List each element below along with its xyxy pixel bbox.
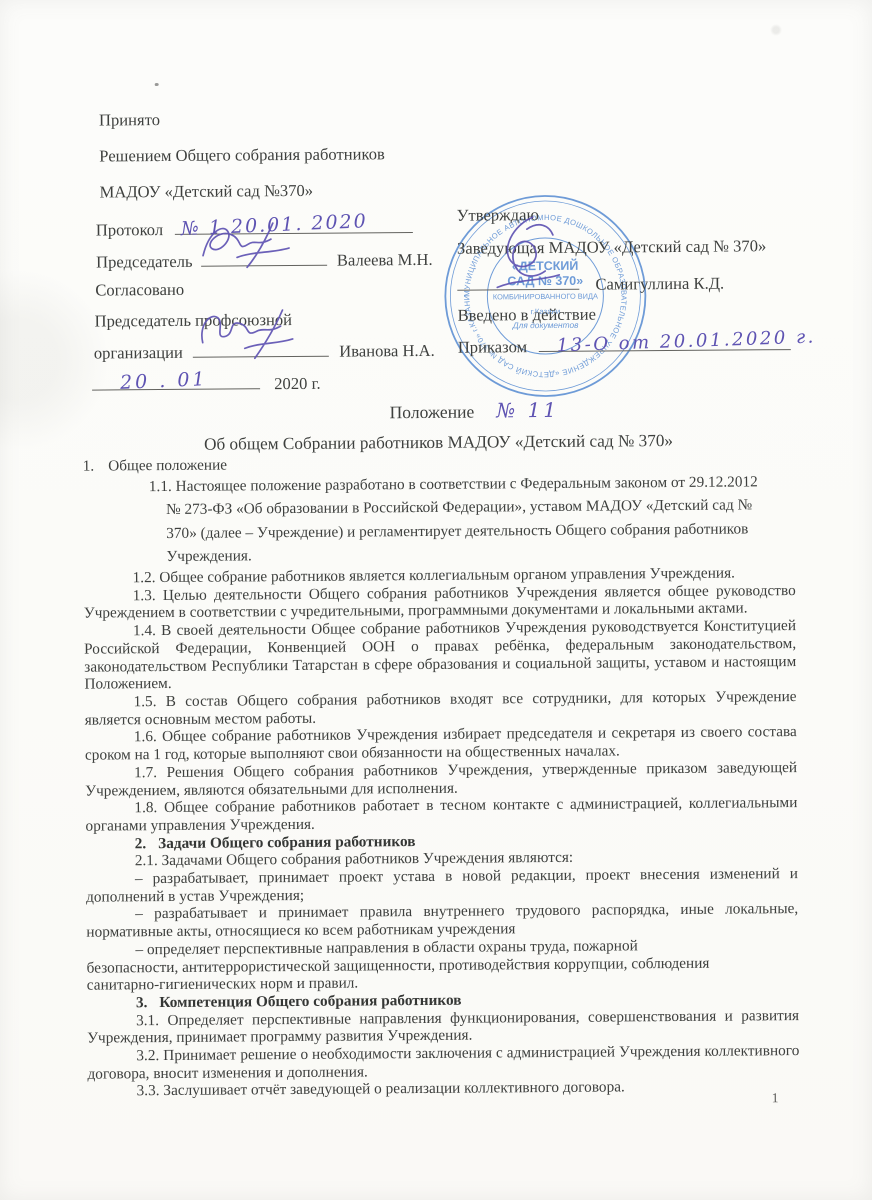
- order-underline: 13-О от 20.01.2020 г.: [539, 333, 791, 352]
- clause-3-2: 3.2. Принимает решение о необходимости з…: [87, 1042, 799, 1083]
- header-right-column: Утверждаю Заведующая МАДОУ «Детский сад …: [457, 185, 868, 368]
- order-line: Приказом 13-О от 20.01.2020 г.: [458, 333, 792, 358]
- bullet-rules: – разрабатывает и принимает правила внут…: [86, 900, 798, 941]
- item-number: 3.: [136, 994, 148, 1011]
- bullet-charter: – разрабатывает, принимает проект устава…: [86, 865, 798, 906]
- protocol-label: Протокол: [96, 220, 163, 240]
- head-underline: [457, 272, 579, 290]
- chairman-label: Председатель: [96, 251, 193, 271]
- union-underline: [193, 339, 329, 357]
- enacted-label: Введено в действие: [457, 304, 596, 325]
- clause-1-7: 1.7. Решения Общего собрания работников …: [85, 759, 797, 800]
- chairman-line: Председатель Валеева М.Н.: [96, 247, 433, 272]
- scan-speck: [155, 83, 159, 86]
- date-handwriting: 20 . 01: [120, 369, 208, 393]
- accepted-by-line: Решением Общего собрания работников: [99, 144, 385, 166]
- head-name: Самигуллина К.Д.: [595, 273, 724, 293]
- bullet-safety: – определяет перспективные направления в…: [86, 936, 722, 994]
- item-number: 1.: [83, 458, 95, 475]
- clause-1-6: 1.6. Общее собрание работников Учреждени…: [85, 723, 797, 764]
- union-name: Иванова Н.А.: [339, 340, 435, 360]
- order-label: Приказом: [458, 337, 527, 357]
- accepted-label: Принято: [99, 110, 160, 130]
- date-line: 20 . 01 2020 г.: [92, 371, 321, 395]
- approve-label: Утверждаю: [457, 205, 539, 226]
- document-title: Положение№ 11: [389, 398, 559, 423]
- date-year: 2020 г.: [274, 373, 321, 392]
- protocol-line: Протокол № 1 20.01. 2020: [96, 216, 414, 240]
- clause-1-4: 1.4. В своей деятельности Общее собрание…: [84, 617, 797, 693]
- clause-1-1: 1.1. Настоящее положение разработано в с…: [83, 470, 763, 570]
- document-title-row: Положение№ 11: [2, 395, 872, 426]
- item-text: Задачи Общего собрания работников: [158, 833, 415, 852]
- union-chairman-line: Председатель профсоюзной: [94, 310, 292, 332]
- scan-tilt-layer: Принято Решением Общего собрания работни…: [0, 0, 872, 1200]
- union-org-line: организации Иванова Н.А.: [94, 338, 435, 363]
- document-body: 1.Общее положение1.1. Настоящее положени…: [83, 452, 800, 1101]
- protocol-handwriting: № 1 20.01. 2020: [181, 211, 369, 239]
- protocol-underline: № 1 20.01. 2020: [175, 216, 413, 235]
- date-underline: 20 . 01: [92, 372, 260, 390]
- item-text: Общее положение: [108, 457, 227, 475]
- item-text: Компетенция Общего собрания работников: [159, 992, 461, 1011]
- title-number-handwriting: № 11: [496, 398, 559, 422]
- head-title: Заведующая МАДОУ «Детский сад № 370»: [457, 236, 766, 258]
- head-signature-line: Самигуллина К.Д.: [457, 271, 724, 295]
- chairman-name: Валеева М.Н.: [337, 249, 433, 269]
- item-number: 2.: [135, 835, 147, 852]
- union-org-label: организации: [94, 342, 183, 362]
- clause-1-8: 1.8. Общее собрание работников работает …: [85, 794, 797, 835]
- clause-1-3: 1.3. Целью деятельности Общего собрания …: [84, 582, 796, 623]
- clause-3-1: 3.1. Определяет перспективные направлени…: [87, 1007, 799, 1048]
- agreed-label: Согласовано: [95, 279, 184, 300]
- clause-1-5: 1.5. В состав Общего собрания работников…: [84, 688, 796, 729]
- chairman-underline: [201, 248, 327, 266]
- organization-name: МАДОУ «Детский сад №370»: [99, 180, 313, 202]
- scanned-document-page: Принято Решением Общего собрания работни…: [0, 0, 872, 1200]
- title-word: Положение: [389, 402, 474, 423]
- page-number: 1: [772, 1090, 779, 1106]
- order-handwriting: 13-О от 20.01.2020 г.: [557, 327, 817, 356]
